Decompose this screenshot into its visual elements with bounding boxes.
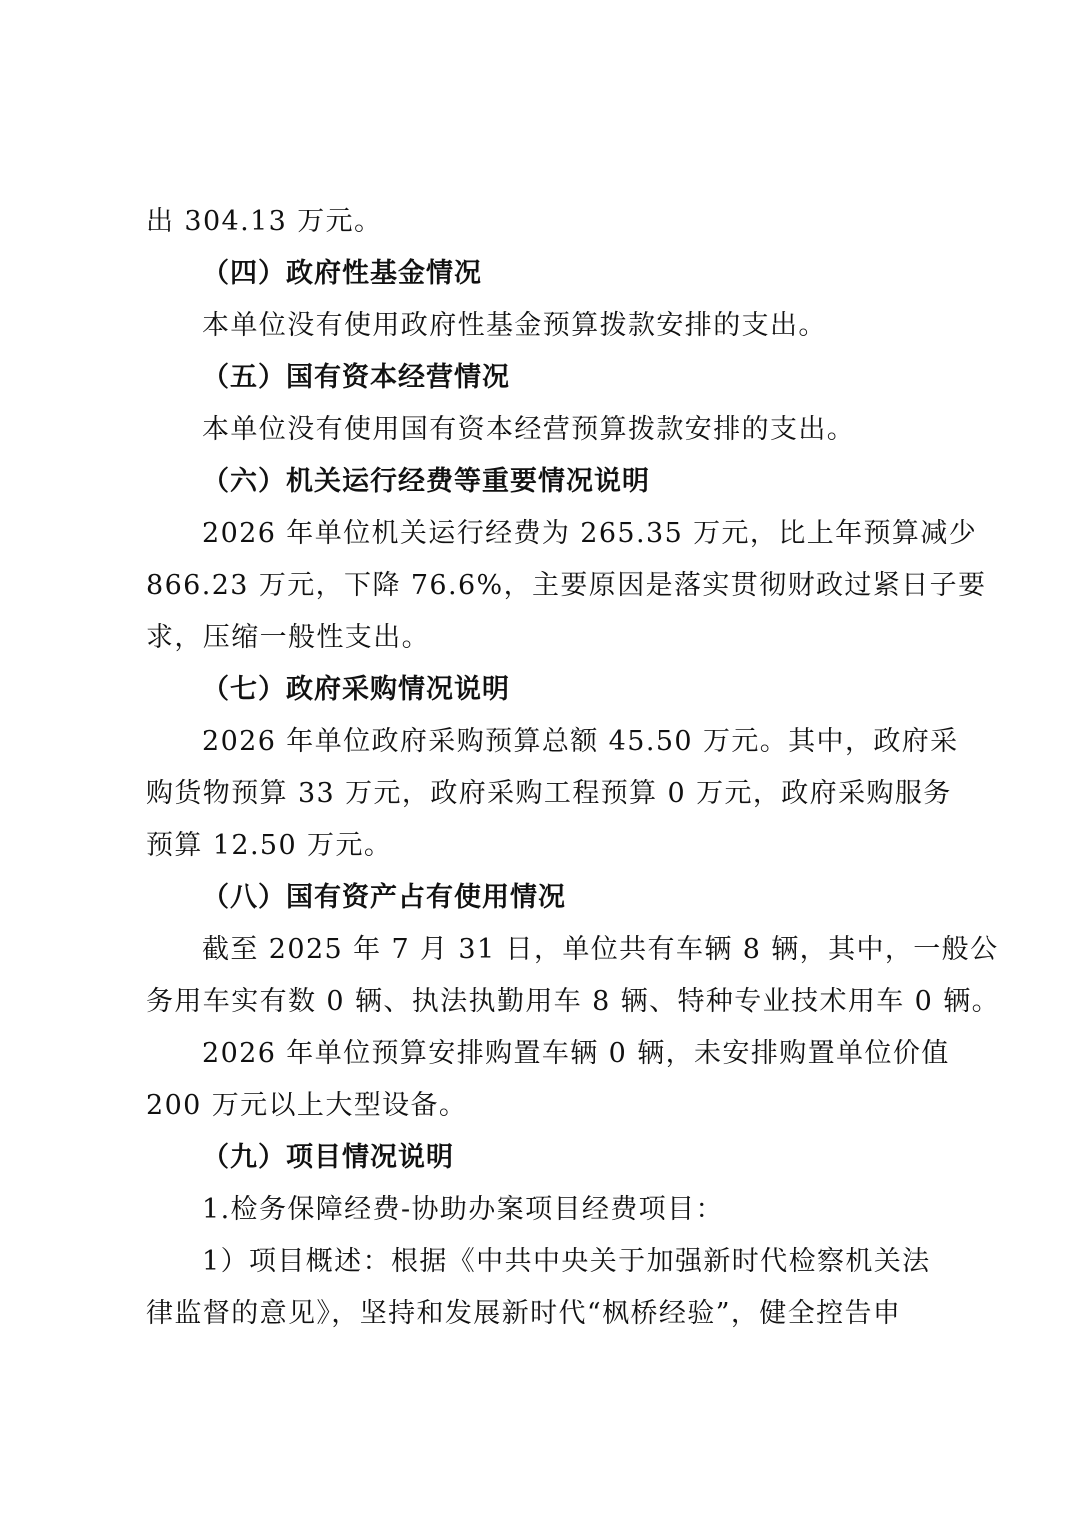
paragraph-line: 截至 2025 年 7 月 31 日，单位共有车辆 8 辆，其中，一般公 (146, 924, 942, 976)
paragraph-line: 本单位没有使用政府性基金预算拨款安排的支出。 (146, 300, 942, 352)
paragraph-line: 求，压缩一般性支出。 (146, 612, 942, 664)
paragraph-line: 购货物预算 33 万元，政府采购工程预算 0 万元，政府采购服务 (146, 768, 942, 820)
paragraph-line: 本单位没有使用国有资本经营预算拨款安排的支出。 (146, 404, 942, 456)
section-heading-operating-expenses: （六）机关运行经费等重要情况说明 (146, 456, 942, 508)
paragraph-line: 2026 年单位政府采购预算总额 45.50 万元。其中，政府采 (146, 716, 942, 768)
paragraph-line: 2026 年单位预算安排购置车辆 0 辆，未安排购置单位价值 (146, 1028, 942, 1080)
paragraph-line: 出 304.13 万元。 (146, 196, 942, 248)
section-heading-government-funds: （四）政府性基金情况 (146, 248, 942, 300)
paragraph-line: 1.检务保障经费-协助办案项目经费项目： (146, 1184, 942, 1236)
section-heading-projects: （九）项目情况说明 (146, 1132, 942, 1184)
paragraph-line: 200 万元以上大型设备。 (146, 1080, 942, 1132)
paragraph-line: 866.23 万元，下降 76.6%，主要原因是落实贯彻财政过紧日子要 (146, 560, 942, 612)
section-heading-state-capital: （五）国有资本经营情况 (146, 352, 942, 404)
paragraph-line: 务用车实有数 0 辆、执法执勤用车 8 辆、特种专业技术用车 0 辆。 (146, 976, 942, 1028)
paragraph-line: 1）项目概述：根据《中共中央关于加强新时代检察机关法 (146, 1236, 942, 1288)
section-heading-state-assets: （八）国有资产占有使用情况 (146, 872, 942, 924)
paragraph-line: 律监督的意见》，坚持和发展新时代“枫桥经验”，健全控告申 (146, 1288, 942, 1340)
paragraph-line: 预算 12.50 万元。 (146, 820, 942, 872)
document-page: 出 304.13 万元。 （四）政府性基金情况 本单位没有使用政府性基金预算拨款… (146, 196, 942, 1340)
paragraph-line: 2026 年单位机关运行经费为 265.35 万元，比上年预算减少 (146, 508, 942, 560)
section-heading-procurement: （七）政府采购情况说明 (146, 664, 942, 716)
